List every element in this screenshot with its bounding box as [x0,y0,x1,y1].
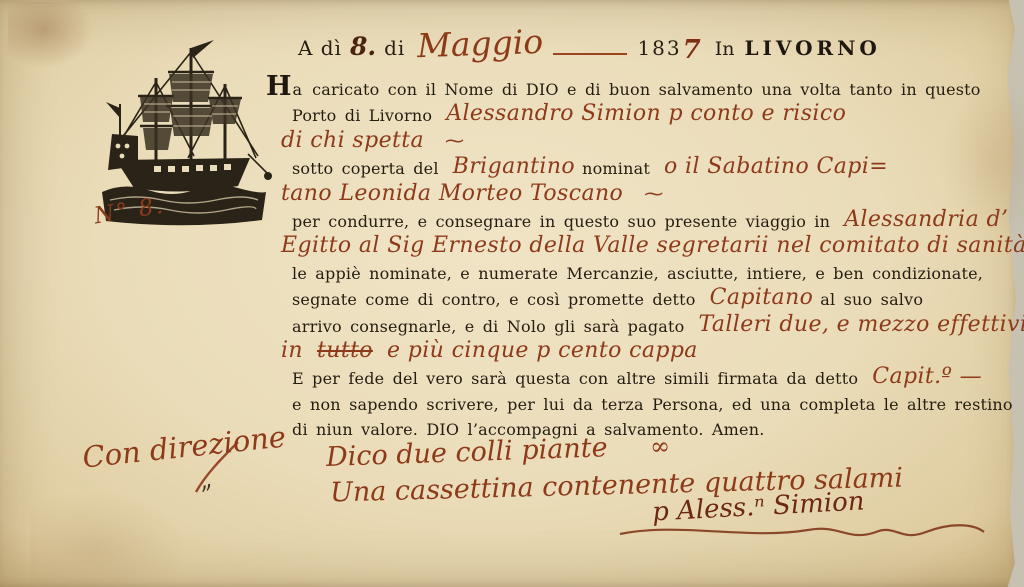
body-line: di chi spetta⁓ [266,129,1018,155]
body-line: Hacaricato con il Nome di DIO e di buon … [266,74,1018,102]
text-segment-hand: Talleri due, e mezzo effettivi [698,312,1024,337]
signature-flourish [618,514,988,552]
printed-city: LIVORNO [744,36,880,60]
body-lines: Hacaricato con il Nome di DIO e di buon … [266,74,1018,443]
body-line: arrivo consegnarle, e di Nolo gli sarà p… [266,313,1018,339]
text-segment-print: arrivo consegnarle, e di Nolo gli sarà p… [292,317,684,336]
body-line: Egitto al Sig Ernesto della Valle segret… [266,234,1018,260]
body-line: E per fede del vero sarà questa con altr… [266,365,1018,391]
direction-flourish [172,440,252,504]
text-segment-print: segnate come di contro, e così promette … [292,290,696,309]
text-segment-print: caricato con il Nome di DIO e di buon sa… [312,80,981,99]
text-segment-hand: Egitto al Sig Ernesto della Valle segret… [281,233,1024,258]
text-segment-hand: o il Sabatino Capi= [664,154,888,179]
text-segment-hand: Capit.º — [872,364,982,389]
text-segment-hand: Alessandria d’ [844,207,1008,232]
body-line: segnate come di contro, e così promette … [266,286,1018,312]
text-segment-hand: Brigantino [453,154,575,179]
handwritten-month: Maggio [417,22,544,65]
text-segment-print: E per fede del vero sarà questa con altr… [292,369,858,388]
text-segment-initial: Ha [266,80,302,99]
text-segment-hand: di chi spetta [281,128,424,153]
printed-year-prefix: 183 [637,36,681,60]
body-line: e non sapendo scrivere, per lui da terza… [266,392,1018,417]
dash-flourish [553,53,627,55]
text-segment-hand: Capitano [710,285,814,310]
text-segment-print: sotto coperta del [292,159,439,178]
scanned-bill-of-lading: { "header": { "a_di": "A dì", "day": "8.… [0,0,1024,587]
body-line: tano Leonida Morteo Toscano⁓ [266,182,1018,208]
printed-in: In [715,38,735,60]
text-segment-print: le appiè nominate, e numerate Mercanzie,… [292,264,983,283]
text-segment-print: Porto di Livorno [292,106,432,125]
text-segment-flourish: ⁓ [445,130,464,152]
handwritten-year-digit: 7 [683,35,701,65]
body-line: Porto di LivornoAlessandro Simion p cont… [266,102,1018,128]
text-segment-struck: tutto [317,338,373,363]
text-segment-hand: Alessandro Simion p conto e risico [446,101,846,126]
body-line: sotto coperta delBrigantinonominato il S… [266,155,1018,181]
printed-di: di [384,36,405,60]
body-line: per condurre, e consegnare in questo suo… [266,208,1018,234]
text-segment-print: nominat [582,159,650,178]
text-segment-hand: tano Leonida Morteo Toscano [281,181,623,206]
text-segment-hand: e più cinque p cento cappa [387,338,698,363]
cargo-flourish: ∞ [650,432,671,461]
body-line: le appiè nominate, e numerate Mercanzie,… [266,261,1018,286]
text-segment-flourish: ⁓ [644,183,663,205]
text-segment-hand: in [281,338,303,363]
date-line: A dì 8. di Maggio 183 7 In LIVORNO [298,24,898,66]
text-segment-print: per condurre, e consegnare in questo suo… [292,212,830,231]
body-line: intuttoe più cinque p cento cappa [266,339,1018,365]
handwritten-day: 8. [350,32,376,61]
text-segment-print: al suo salvo [820,290,923,309]
printed-a-di: A dì [298,36,342,60]
text-segment-print: e non sapendo scrivere, per lui da terza… [292,395,1013,414]
